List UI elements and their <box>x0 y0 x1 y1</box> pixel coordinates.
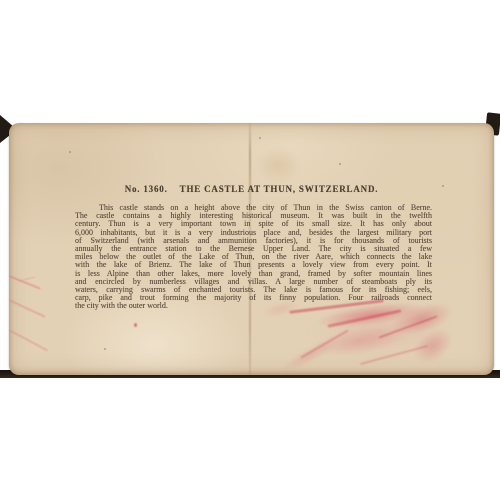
pink-scratch <box>9 299 46 317</box>
smudge-streak <box>328 309 402 328</box>
pink-scratch <box>9 329 48 351</box>
card-stain <box>249 141 307 189</box>
smudge-blob <box>288 311 432 371</box>
card-speck <box>69 151 71 153</box>
card-title: No. 1360. THE CASTLE AT THUN, SWITZERLAN… <box>9 184 494 194</box>
smudge-streak <box>300 329 349 358</box>
card-speck <box>259 137 261 139</box>
stereocard-back: No. 1360. THE CASTLE AT THUN, SWITZERLAN… <box>9 123 494 375</box>
smudge-blob <box>266 325 355 375</box>
card-speck <box>339 163 341 165</box>
red-speck <box>134 323 137 327</box>
photo-backdrop: No. 1360. THE CASTLE AT THUN, SWITZERLAN… <box>0 0 500 500</box>
smudge-streak <box>379 315 438 338</box>
card-number: No. 1360. <box>125 184 168 194</box>
card-description: This castle stands on a height above the… <box>75 204 432 311</box>
card-title-text: THE CASTLE AT THUN, SWITZERLAND. <box>180 184 379 194</box>
smudge-blob <box>397 312 469 375</box>
text-line: the city with the outer world. <box>75 302 432 310</box>
card-speck <box>104 348 106 350</box>
pink-scratch <box>9 275 41 289</box>
smudge-streak <box>360 345 428 365</box>
